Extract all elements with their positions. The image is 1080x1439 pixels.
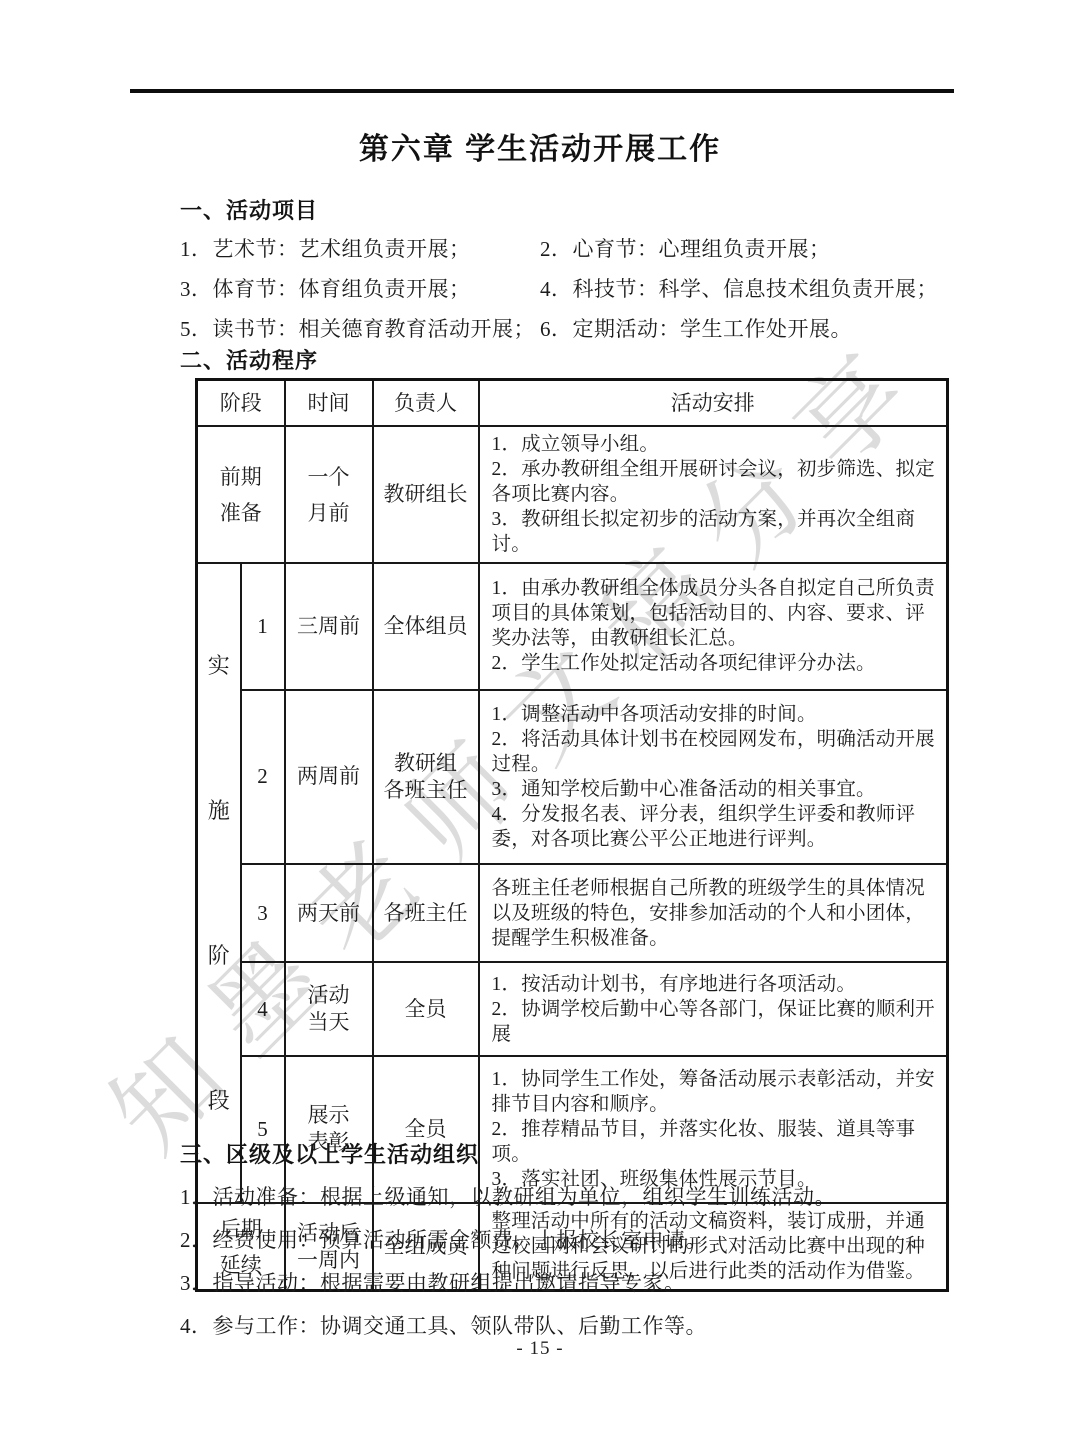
list-item: 5．读书节：相关德育教育活动开展； <box>180 313 540 343</box>
time-cell: 三周前 <box>285 563 373 690</box>
time-cell: 两周前 <box>285 690 373 864</box>
stage-vertical-text: 实 施 阶 段 <box>202 593 236 1173</box>
section1-list: 1．艺术节：艺术组负责开展； 2．心育节：心理组负责开展； 3．体育节：体育组负… <box>180 228 950 348</box>
document-page: 知墨老师文稿分享 第六章 学生活动开展工作 一、活动项目 1．艺术节：艺术组负责… <box>0 0 1080 1439</box>
list-item: 1．活动准备：根据上级通知，以教研组为单位，组织学生训练活动。 <box>180 1174 960 1217</box>
stage-char: 施 <box>208 797 230 824</box>
section1-heading: 一、活动项目 <box>180 194 318 225</box>
list-item: 3．指导活动：根据需要由教研组提出邀请指导专家。 <box>180 1260 960 1303</box>
time-cell: 活动 当天 <box>285 962 373 1055</box>
page-number: - 15 - <box>0 1338 1080 1360</box>
list-row: 1．艺术节：艺术组负责开展； 2．心育节：心理组负责开展； <box>180 228 950 268</box>
page-content: 第六章 学生活动开展工作 一、活动项目 1．艺术节：艺术组负责开展； 2．心育节… <box>0 0 1080 1439</box>
table-row: 前期 准备 一个 月前 教研组长 1．成立领导小组。 2．承办教研组全组开展研讨… <box>197 426 948 563</box>
tasks-cell: 1．调整活动中各项活动安排的时间。 2．将活动具体计划书在校园网发布，明确活动开… <box>479 690 948 864</box>
owner-cell: 全员 <box>373 962 479 1055</box>
time-cell: 两天前 <box>285 864 373 963</box>
list-item: 3．体育节：体育组负责开展； <box>180 273 540 303</box>
header-rule <box>130 89 954 93</box>
stage-char: 实 <box>208 652 230 679</box>
column-header-stage: 阶段 <box>197 380 285 427</box>
table-row: 2 两周前 教研组 各班主任 1．调整活动中各项活动安排的时间。 2．将活动具体… <box>197 690 948 864</box>
section3-heading: 三、区级及以上学生活动组织 <box>180 1138 479 1169</box>
table-row: 3 两天前 各班主任 各班主任老师根据自己所教的班级学生的具体情况以及班级的特色… <box>197 864 948 963</box>
section3-list: 1．活动准备：根据上级通知，以教研组为单位，组织学生训练活动。 2．经费使用：预… <box>180 1174 960 1346</box>
tasks-cell: 各班主任老师根据自己所教的班级学生的具体情况以及班级的特色，安排参加活动的个人和… <box>479 864 948 963</box>
time-cell: 一个 月前 <box>285 426 373 563</box>
owner-cell: 教研组 各班主任 <box>373 690 479 864</box>
list-item: 1．艺术节：艺术组负责开展； <box>180 233 540 263</box>
list-row: 3．体育节：体育组负责开展； 4．科技节：科学、信息技术组负责开展； <box>180 268 950 308</box>
section2-heading: 二、活动程序 <box>180 344 318 375</box>
tasks-cell: 1．由承办教研组全体成员分头各自拟定自己所负责项目的具体策划，包括活动目的、内容… <box>479 563 948 690</box>
step-cell: 3 <box>241 864 285 963</box>
owner-cell: 全体组员 <box>373 563 479 690</box>
step-cell: 2 <box>241 690 285 864</box>
column-header-time: 时间 <box>285 380 373 427</box>
tasks-cell: 1．按活动计划书，有序地进行各项活动。 2．协调学校后勤中心等各部门，保证比赛的… <box>479 962 948 1055</box>
owner-cell: 各班主任 <box>373 864 479 963</box>
column-header-owner: 负责人 <box>373 380 479 427</box>
owner-cell: 教研组长 <box>373 426 479 563</box>
list-row: 5．读书节：相关德育教育活动开展； 6．定期活动：学生工作处开展。 <box>180 308 950 348</box>
step-cell: 1 <box>241 563 285 690</box>
list-item: 2．心育节：心理组负责开展； <box>540 233 950 263</box>
stage-vertical-cell: 实 施 阶 段 <box>197 563 241 1203</box>
step-cell: 4 <box>241 962 285 1055</box>
tasks-cell: 1．成立领导小组。 2．承办教研组全组开展研讨会议，初步筛选、拟定各项比赛内容。… <box>479 426 948 563</box>
stage-char: 阶 <box>208 942 230 969</box>
column-header-arrangement: 活动安排 <box>479 380 948 427</box>
stage-char: 段 <box>208 1087 230 1114</box>
table-header-row: 阶段 时间 负责人 活动安排 <box>197 380 948 427</box>
list-item: 2．经费使用：预算活动所需金额费，上报校长室申请。 <box>180 1217 960 1260</box>
table-row: 实 施 阶 段 1 三周前 全体组员 1．由承办教研组全体成员分头各自拟定自己所… <box>197 563 948 690</box>
table-row: 4 活动 当天 全员 1．按活动计划书，有序地进行各项活动。 2．协调学校后勤中… <box>197 962 948 1055</box>
stage-cell: 前期 准备 <box>197 426 285 563</box>
page-title: 第六章 学生活动开展工作 <box>0 124 1080 168</box>
list-item: 4．科技节：科学、信息技术组负责开展； <box>540 273 950 303</box>
list-item: 6．定期活动：学生工作处开展。 <box>540 313 950 343</box>
